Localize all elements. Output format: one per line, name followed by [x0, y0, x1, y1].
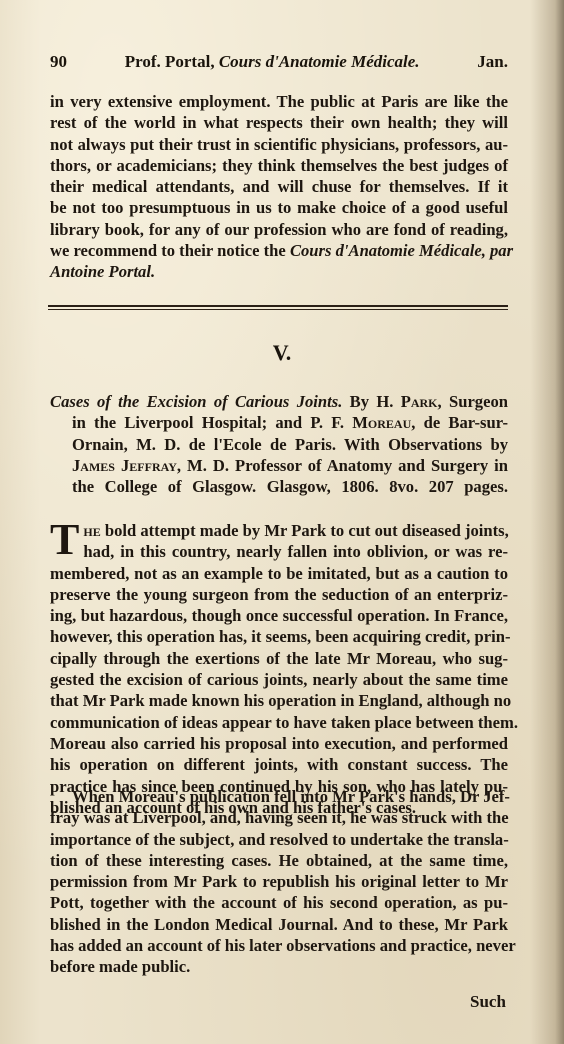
text-line: blished in the London Medical Journal. A…: [50, 914, 508, 935]
text-line: ing, but hazardous, though once successf…: [50, 605, 508, 626]
text-line: that Mr Park made known his operation in…: [50, 690, 508, 711]
text-line: Cases of the Excision of Carious Joints.…: [50, 391, 508, 412]
body-paragraph-1: T he bold attempt made by Mr Park to cut…: [50, 520, 508, 818]
running-header: 90 Prof. Portal, Cours d'Anatomie Médica…: [50, 52, 508, 72]
text-line: preserve the young surgeon from the sedu…: [50, 584, 508, 605]
text-line: fray was at Liverpool, and, having seen …: [50, 807, 508, 828]
text-line: James Jeffray, M. D. Professor of Anatom…: [50, 455, 508, 476]
text-line: he bold attempt made by Mr Park to cut o…: [50, 520, 508, 541]
text-segment: , de Bar-sur-: [411, 413, 508, 432]
text-line: in the Liverpool Hospital; and P. F. Mor…: [50, 412, 508, 433]
book-title-italic: Cours d'Anatomie Médicale, par: [290, 241, 513, 260]
text-line: communication of ideas appear to have ta…: [50, 712, 508, 733]
text-line: cipally through the exertions of the lat…: [50, 648, 508, 669]
text-line: permission from Mr Park to republish his…: [50, 871, 508, 892]
text-line: the College of Glasgow. Glasgow, 1806. 8…: [50, 476, 508, 497]
text-line: be not too presumptuous in us to make ch…: [50, 197, 508, 218]
text-line: his operation on different joints, with …: [50, 754, 508, 775]
text-line: Ornain, M. D. de l'Ecole de Paris. With …: [50, 434, 508, 455]
intro-paragraph: in very extensive employment. The public…: [50, 91, 508, 283]
article-title: Cases of the Excision of Carious Joints.: [50, 392, 342, 411]
book-page: 90 Prof. Portal, Cours d'Anatomie Médica…: [0, 0, 564, 1044]
running-title-work: Cours d'Anatomie Médicale.: [219, 52, 420, 71]
citation-heading: Cases of the Excision of Carious Joints.…: [50, 391, 508, 497]
page-number: 90: [50, 52, 67, 72]
text-line: gested the excision of carious joints, n…: [50, 669, 508, 690]
text-line: not always put their trust in scientific…: [50, 134, 508, 155]
running-month: Jan.: [477, 52, 508, 72]
text-segment: , Surgeon: [438, 392, 508, 411]
text-line: had, in this country, nearly fallen into…: [50, 541, 508, 562]
text-segment: in the Liverpool Hospital; and P. F.: [72, 413, 352, 432]
author-name: Moreau: [352, 413, 411, 432]
text-line: in very extensive employment. The public…: [50, 91, 508, 112]
text-line: has added an account of his later observ…: [50, 935, 508, 956]
text-line: however, this operation has, it seems, b…: [50, 626, 508, 647]
body-paragraph-2: When Moreau's publication fell into Mr P…: [50, 786, 508, 978]
text-line: tion of these interesting cases. He obta…: [50, 850, 508, 871]
text-line: membered, not as an example to be imitat…: [50, 563, 508, 584]
section-number: V.: [0, 340, 564, 366]
book-author-italic: Antoine Portal.: [50, 262, 155, 281]
author-name: James Jeffray: [72, 456, 177, 475]
drop-cap: T: [50, 522, 79, 558]
text-line: we recommend to their notice the Cours d…: [50, 240, 508, 261]
text-line: before made public.: [50, 956, 508, 977]
text-segment: , M. D. Professor of Anatomy and Surgery…: [177, 456, 508, 475]
text-line: library book, for any of our profession …: [50, 219, 508, 240]
text-segment: By H.: [342, 392, 400, 411]
author-name: Park: [401, 392, 438, 411]
text-line: rest of the world in what respects their…: [50, 112, 508, 133]
section-divider-rule: [48, 305, 508, 310]
text-line: importance of the subject, and resolved …: [50, 829, 508, 850]
first-word: he: [83, 521, 100, 540]
running-title: Prof. Portal, Cours d'Anatomie Médicale.: [125, 52, 420, 72]
text-line: When Moreau's publication fell into Mr P…: [50, 786, 508, 807]
text-segment: bold attempt made by Mr Park to cut out …: [101, 521, 509, 540]
text-line: Antoine Portal.: [50, 261, 508, 282]
text-line: thors, or academicians; they think thems…: [50, 155, 508, 176]
text-line: Moreau also carried his proposal into ex…: [50, 733, 508, 754]
text-line: Pott, together with the account of his s…: [50, 892, 508, 913]
text-line: their medical attendants, and will chuse…: [50, 176, 508, 197]
catchword: Such: [470, 992, 506, 1012]
text-segment: we recommend to their notice the: [50, 241, 290, 260]
running-title-author: Prof. Portal,: [125, 52, 219, 71]
